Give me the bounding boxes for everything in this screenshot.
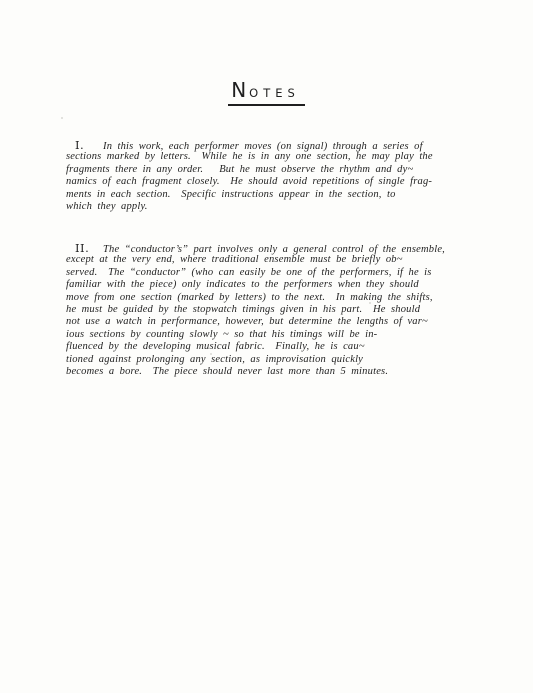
text-line: becomes a bore. The piece should never l…	[66, 366, 486, 378]
page-title: NOTES	[0, 80, 533, 106]
title-underlined-text: NOTES	[228, 80, 305, 106]
section-two-numeral: II.	[66, 242, 103, 254]
text-line-content: The “conductor’s” part involves only a g…	[103, 244, 445, 255]
text-line: II.The “conductor’s” part involves only …	[66, 242, 486, 254]
text-line-content: In this work, each performer moves (on s…	[103, 141, 423, 152]
text-line: I.In this work, each performer moves (on…	[66, 139, 486, 151]
text-line: tioned against prolonging any section, a…	[66, 354, 486, 366]
title-initial-letter: N	[231, 78, 249, 102]
text-line: fragments there in any order. But he mus…	[66, 164, 486, 176]
scan-speckle	[369, 302, 371, 304]
text-line: served. The “conductor” (who can easily …	[66, 267, 486, 279]
section-one: I.In this work, each performer moves (on…	[66, 139, 486, 213]
text-line: ments in each section. Specific instruct…	[66, 189, 486, 201]
text-line: ious sections by counting slowly ~ so th…	[66, 329, 486, 341]
title-remaining-letters: OTES	[249, 86, 300, 100]
text-line: not use a watch in performance, however,…	[66, 316, 486, 328]
text-line: familiar with the piece) only indicates …	[66, 279, 486, 291]
text-line: which they apply.	[66, 201, 486, 213]
scan-speckle	[61, 117, 63, 119]
text-line: except at the very end, where traditiona…	[66, 254, 486, 266]
text-line: move from one section (marked by letters…	[66, 292, 486, 304]
manuscript-page: NOTES I.In this work, each performer mov…	[0, 0, 533, 693]
section-two: II.The “conductor’s” part involves only …	[66, 242, 486, 378]
text-line: sections marked by letters. While he is …	[66, 151, 486, 163]
text-line: he must be guided by the stopwatch timin…	[66, 304, 486, 316]
text-line: namics of each fragment closely. He shou…	[66, 176, 486, 188]
section-one-numeral: I.	[66, 139, 103, 151]
scan-speckle	[210, 353, 212, 355]
text-line: fluenced by the developing musical fabri…	[66, 341, 486, 353]
